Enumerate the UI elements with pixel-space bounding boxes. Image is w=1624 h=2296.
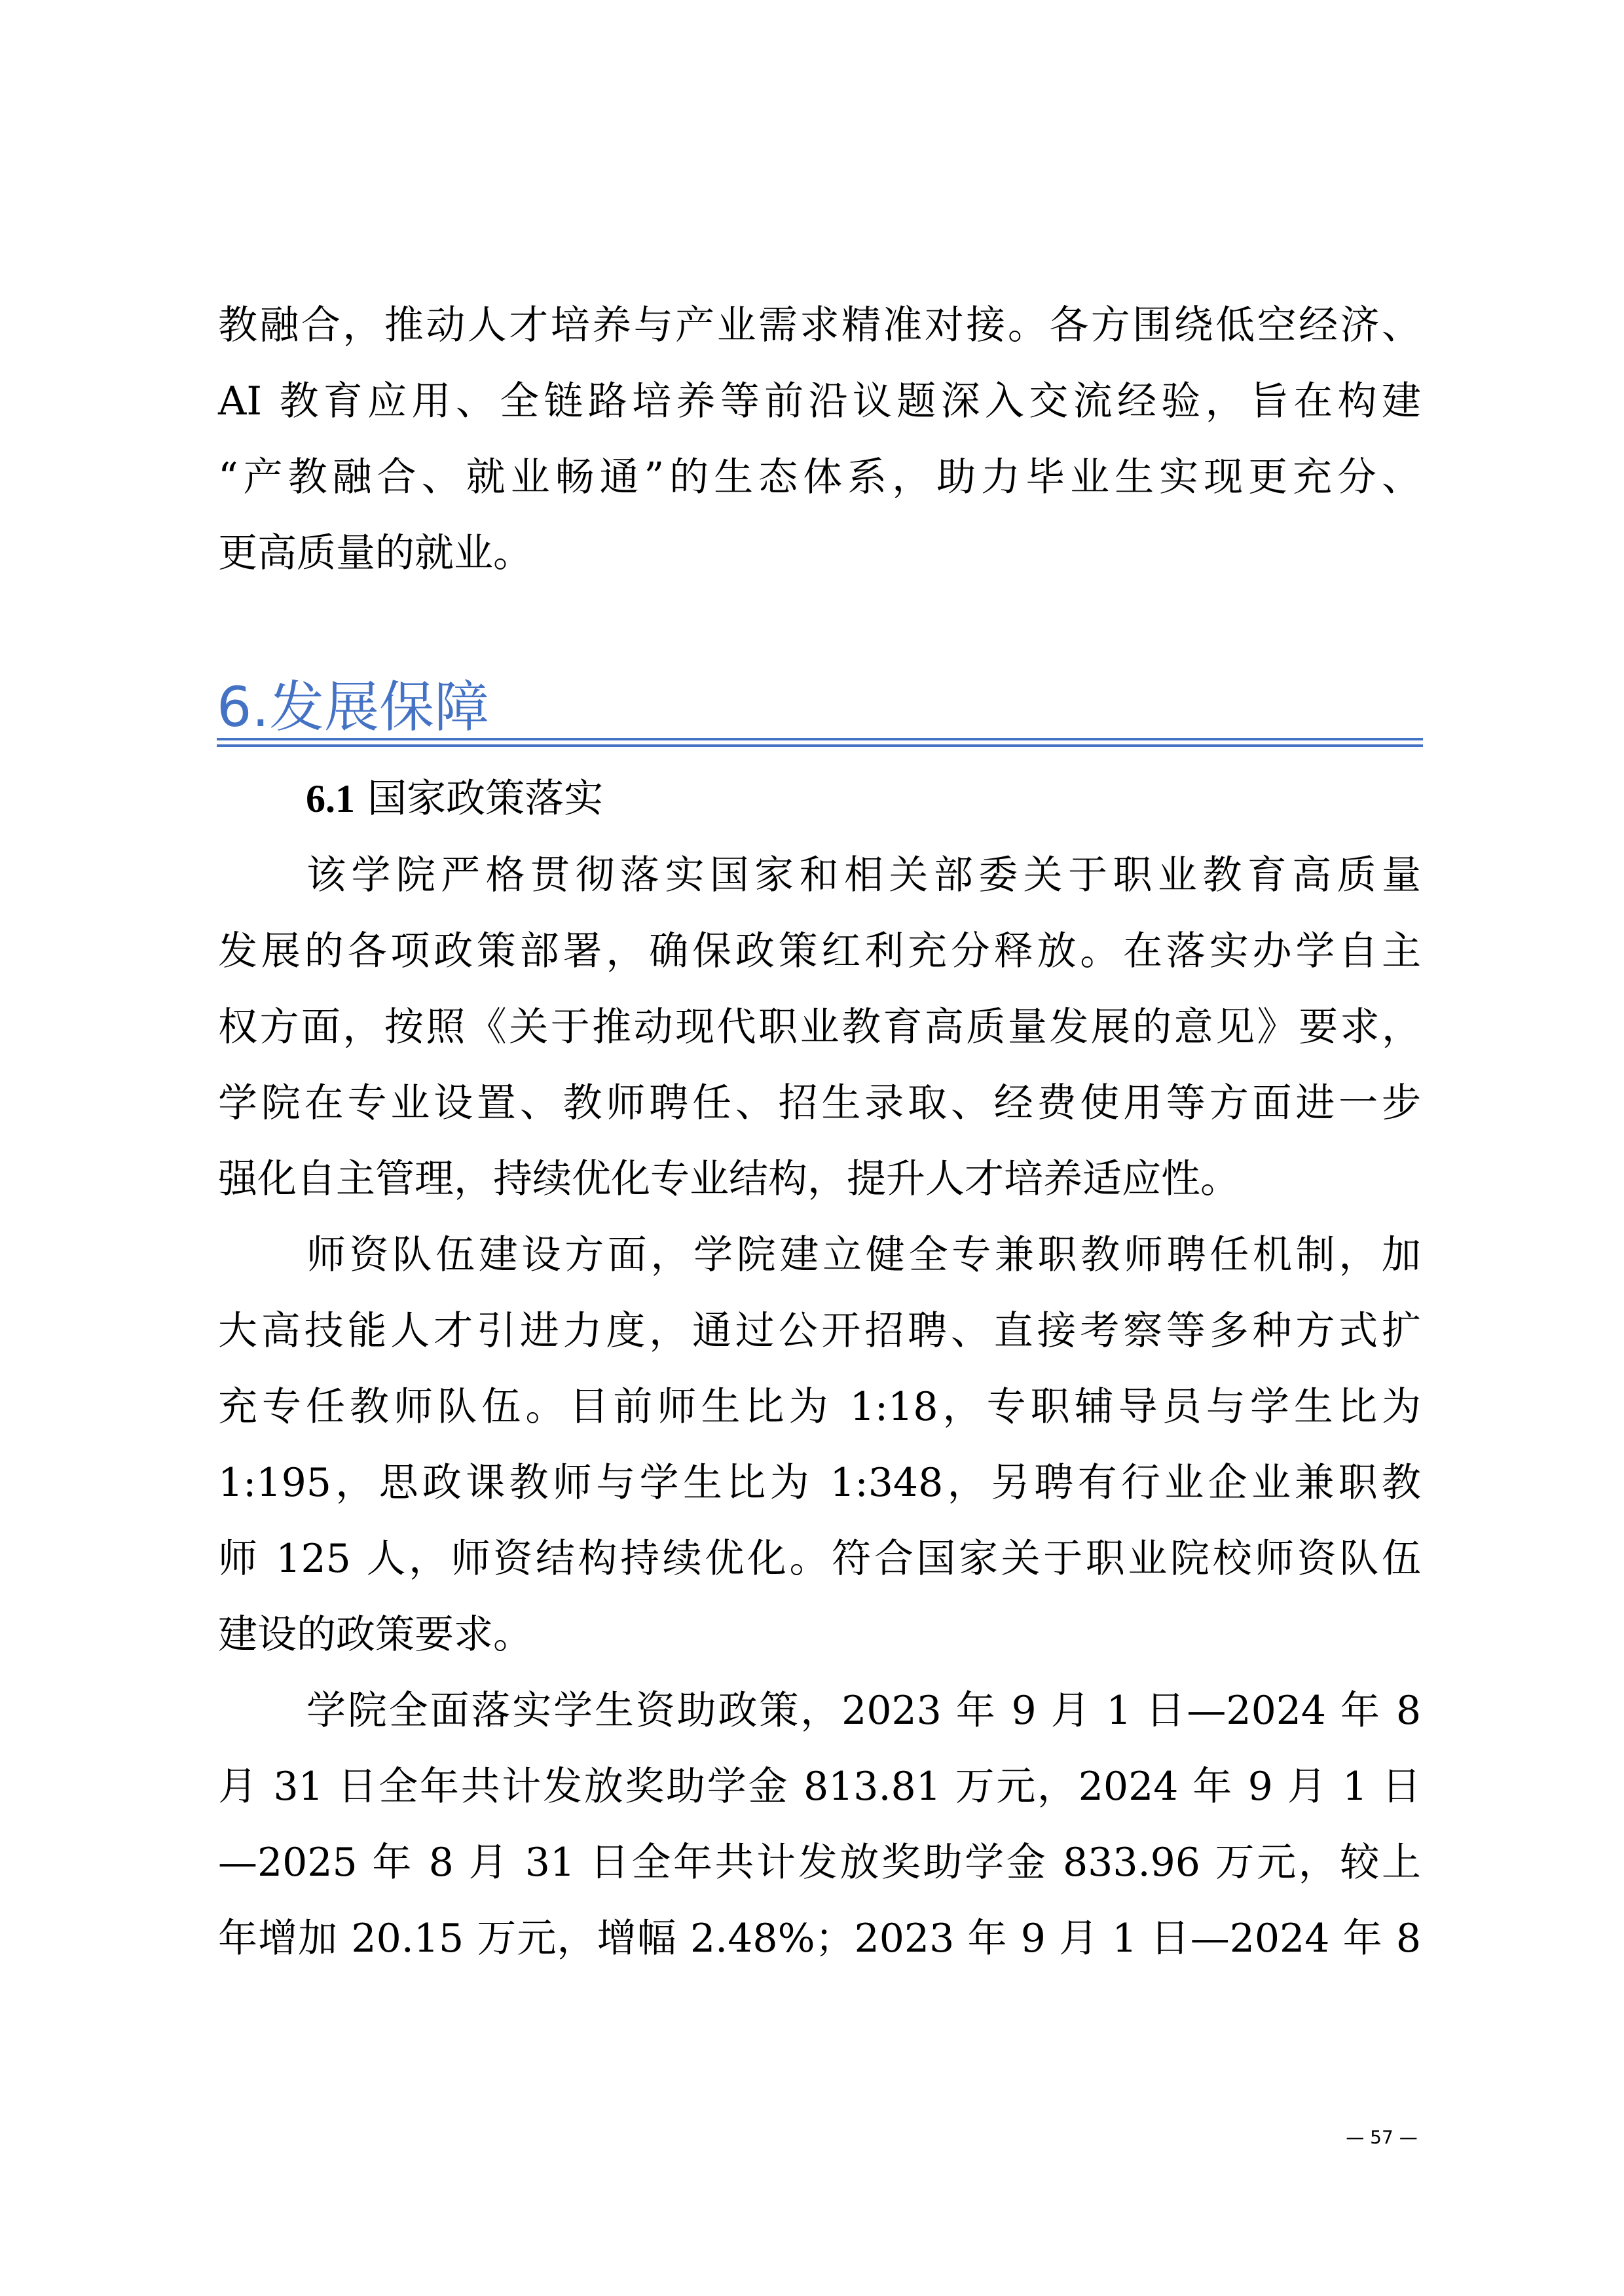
paragraph-line: 充专任教师队伍。目前师生比为 1:18，专职辅导员与学生比为 <box>218 1369 1421 1445</box>
paragraph-line: 发展的各项政策部署，确保政策红利充分释放。在落实办学自主 <box>218 913 1421 989</box>
paragraph-line: 师资队伍建设方面，学院建立健全专兼职教师聘任机制，加 <box>306 1217 1421 1293</box>
subsection-number: 6.1 <box>306 777 355 820</box>
paragraph-line: 学院在专业设置、教师聘任、招生录取、经费使用等方面进一步 <box>218 1065 1421 1141</box>
paragraph-line: AI 教育应用、全链路培养等前沿议题深入交流经验，旨在构建 <box>218 363 1421 439</box>
paragraph-line: 教融合，推动人才培养与产业需求精准对接。各方围绕低空经济、 <box>218 287 1421 363</box>
document-page: 教融合，推动人才培养与产业需求精准对接。各方围绕低空经济、 AI 教育应用、全链… <box>0 0 1624 2296</box>
paragraph-line: 该学院严格贯彻落实国家和相关部委关于职业教育高质量 <box>306 837 1421 913</box>
paragraph-line: “产教融合、就业畅通”的生态体系，助力毕业生实现更充分、 <box>218 439 1421 515</box>
paragraph-line: 月 31 日全年共计发放奖助学金 813.81 万元，2024 年 9 月 1 … <box>218 1749 1421 1825</box>
section-heading: 6.发展保障 <box>217 674 1423 740</box>
paragraph-line: —2025 年 8 月 31 日全年共计发放奖助学金 833.96 万元，较上 <box>218 1825 1421 1901</box>
paragraph-line: 权方面，按照《关于推动现代职业教育高质量发展的意见》要求， <box>218 989 1421 1065</box>
subsection-heading: 6.1 国家政策落实 <box>306 761 603 837</box>
subsection-title: 国家政策落实 <box>367 776 603 822</box>
paragraph-line: 师 125 人，师资结构持续优化。符合国家关于职业院校师资队伍 <box>218 1521 1421 1597</box>
paragraph-line: 更高质量的就业。 <box>218 515 1421 591</box>
paragraph-line: 年增加 20.15 万元，增幅 2.48%；2023 年 9 月 1 日—202… <box>218 1901 1421 1977</box>
paragraph-line: 大高技能人才引进力度，通过公开招聘、直接考察等多种方式扩 <box>218 1293 1421 1369</box>
paragraph-line: 学院全面落实学生资助政策，2023 年 9 月 1 日—2024 年 8 <box>306 1673 1421 1749</box>
heading-underline-bottom <box>217 744 1423 747</box>
paragraph-line: 建设的政策要求。 <box>218 1597 1421 1673</box>
paragraph-line: 强化自主管理，持续优化专业结构，提升人才培养适应性。 <box>218 1141 1421 1217</box>
heading-underline-top <box>217 738 1423 740</box>
paragraph-line: 1:195，思政课教师与学生比为 1:348，另聘有行业企业兼职教 <box>218 1445 1421 1521</box>
page-number: — 57 — <box>1336 2124 1428 2151</box>
